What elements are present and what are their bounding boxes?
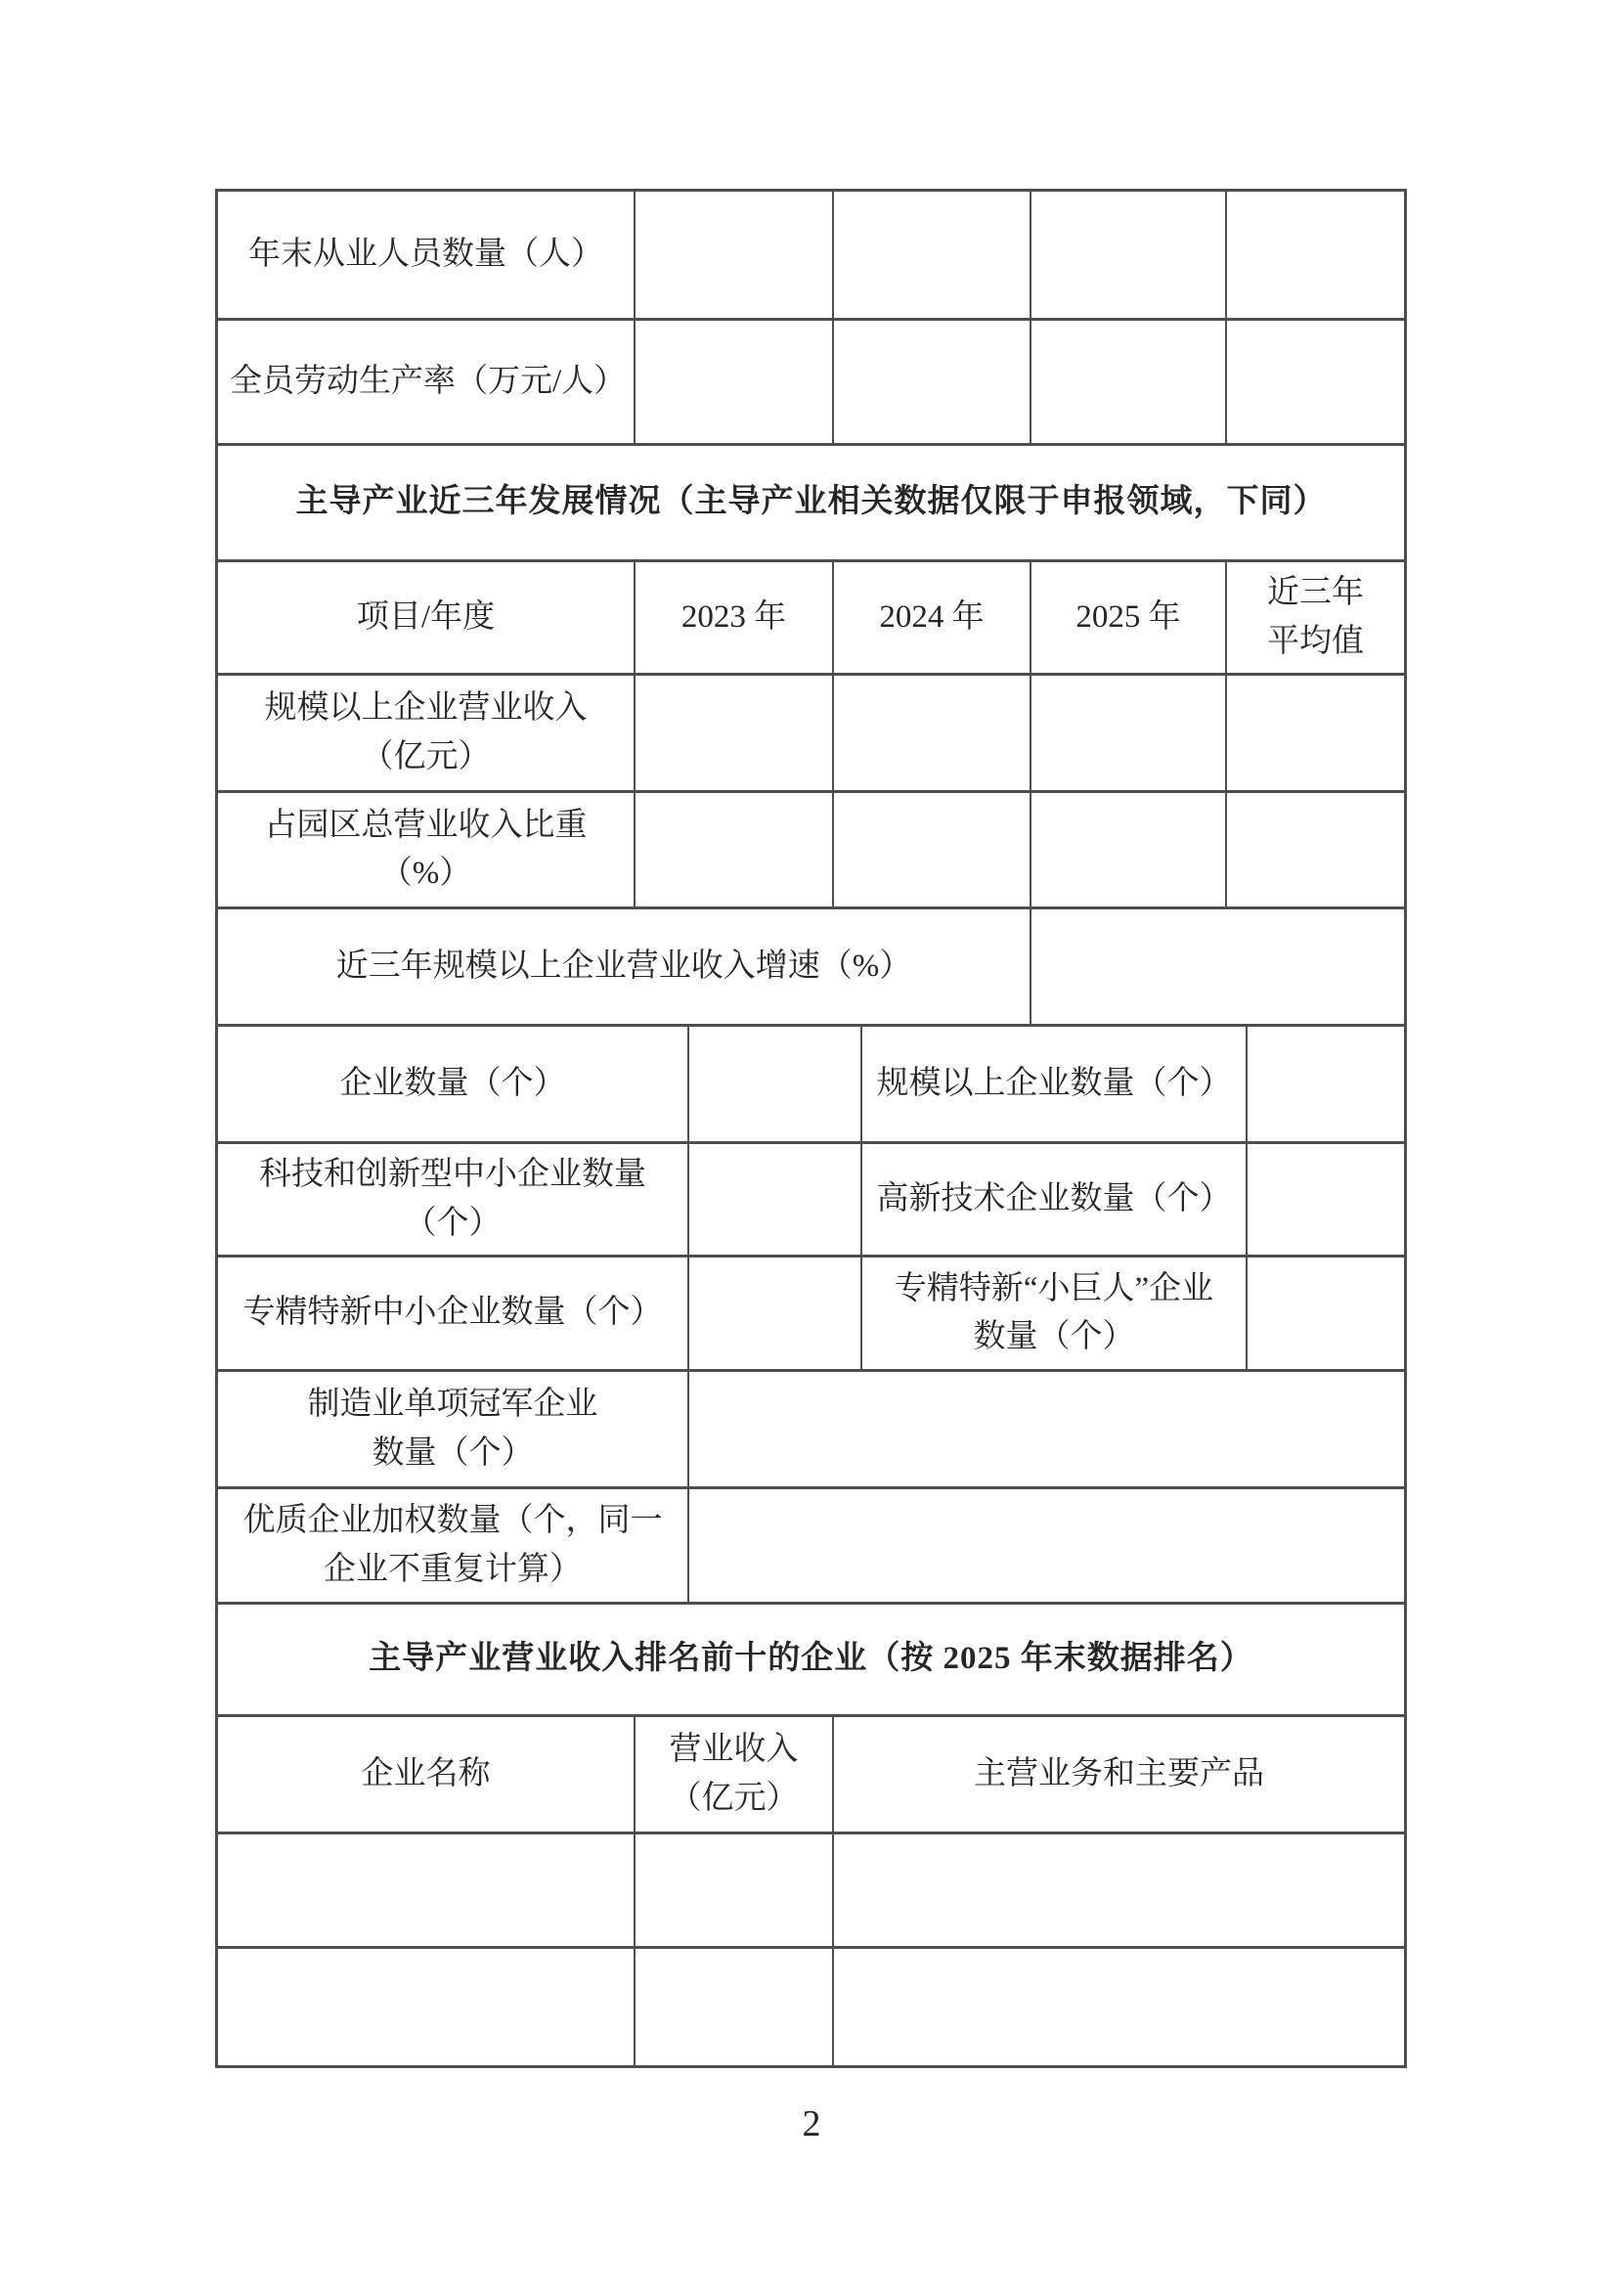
cell-hightech-count-value[interactable] xyxy=(1246,1144,1404,1255)
table-row: 近三年规模以上企业营业收入增速（%） xyxy=(218,906,1404,1024)
cell-above-scale-revenue-2025[interactable] xyxy=(1030,676,1225,790)
table-row: 项目/年度 2023 年 2024 年 2025 年 近三年 平均值 xyxy=(218,559,1404,673)
table-row: 企业名称 营业收入 （亿元） 主营业务和主要产品 xyxy=(218,1714,1404,1832)
label-above-scale-revenue: 规模以上企业营业收入 （亿元） xyxy=(218,676,634,790)
label-enterprise-count: 企业数量（个） xyxy=(218,1027,687,1141)
cell-top10-2-business[interactable] xyxy=(832,1949,1404,2065)
header-item-year: 项目/年度 xyxy=(218,562,634,673)
cell-top10-2-revenue[interactable] xyxy=(634,1949,832,2065)
header-main-business: 主营业务和主要产品 xyxy=(832,1717,1404,1832)
label-scitech-sme-count: 科技和创新型中小企业数量 （个） xyxy=(218,1144,687,1255)
header-enterprise-name: 企业名称 xyxy=(218,1717,634,1832)
cell-top10-2-name[interactable] xyxy=(218,1949,634,2065)
table-row: 占园区总营业收入比重 （%） xyxy=(218,790,1404,906)
cell-yearend-employment-2025[interactable] xyxy=(1030,192,1225,318)
cell-scitech-sme-count-value[interactable] xyxy=(687,1144,860,1255)
label-little-giant-count: 专精特新“小巨人”企业 数量（个） xyxy=(860,1258,1246,1369)
header-year-2024: 2024 年 xyxy=(832,562,1030,673)
cell-park-revenue-share-avg[interactable] xyxy=(1225,793,1404,906)
table-row xyxy=(218,1832,1404,1946)
table-row: 主导产业营业收入排名前十的企业（按 2025 年末数据排名） xyxy=(218,1602,1404,1714)
cell-labor-productivity-2023[interactable] xyxy=(634,321,832,443)
label-labor-productivity: 全员劳动生产率（万元/人） xyxy=(218,321,634,443)
cell-labor-productivity-avg[interactable] xyxy=(1225,321,1404,443)
cell-park-revenue-share-2025[interactable] xyxy=(1030,793,1225,906)
section-title-industry-development: 主导产业近三年发展情况（主导产业相关数据仅限于申报领域，下同） xyxy=(218,446,1404,559)
cell-yearend-employment-avg[interactable] xyxy=(1225,192,1404,318)
cell-above-scale-revenue-2024[interactable] xyxy=(832,676,1030,790)
label-above-scale-count: 规模以上企业数量（个） xyxy=(860,1027,1246,1141)
cell-revenue-growth-value[interactable] xyxy=(1030,909,1404,1024)
cell-top10-1-business[interactable] xyxy=(832,1834,1404,1946)
cell-yearend-employment-2024[interactable] xyxy=(832,192,1030,318)
cell-park-revenue-share-2024[interactable] xyxy=(832,793,1030,906)
cell-manufacturing-champion-value[interactable] xyxy=(687,1372,1404,1486)
document-page: 年末从业人员数量（人） 全员劳动生产率（万元/人） 主导产业近三年发展情况（主导… xyxy=(0,0,1623,2296)
label-hightech-count: 高新技术企业数量（个） xyxy=(860,1144,1246,1255)
application-form-table: 年末从业人员数量（人） 全员劳动生产率（万元/人） 主导产业近三年发展情况（主导… xyxy=(215,189,1407,2068)
table-row: 规模以上企业营业收入 （亿元） xyxy=(218,673,1404,790)
table-row: 年末从业人员数量（人） xyxy=(218,192,1404,318)
cell-top10-1-revenue[interactable] xyxy=(634,1834,832,1946)
label-yearend-employment: 年末从业人员数量（人） xyxy=(218,192,634,318)
cell-enterprise-count-value[interactable] xyxy=(687,1027,860,1141)
cell-above-scale-revenue-2023[interactable] xyxy=(634,676,832,790)
header-year-2025: 2025 年 xyxy=(1030,562,1225,673)
label-park-revenue-share: 占园区总营业收入比重 （%） xyxy=(218,793,634,906)
header-3yr-average: 近三年 平均值 xyxy=(1225,562,1404,673)
table-row: 主导产业近三年发展情况（主导产业相关数据仅限于申报领域，下同） xyxy=(218,443,1404,559)
table-row: 专精特新中小企业数量（个） 专精特新“小巨人”企业 数量（个） xyxy=(218,1255,1404,1369)
cell-above-scale-count-value[interactable] xyxy=(1246,1027,1404,1141)
header-year-2023: 2023 年 xyxy=(634,562,832,673)
cell-above-scale-revenue-avg[interactable] xyxy=(1225,676,1404,790)
cell-yearend-employment-2023[interactable] xyxy=(634,192,832,318)
section-title-top10: 主导产业营业收入排名前十的企业（按 2025 年末数据排名） xyxy=(218,1605,1404,1714)
table-row xyxy=(218,1946,1404,2065)
label-srdi-sme-count: 专精特新中小企业数量（个） xyxy=(218,1258,687,1369)
header-revenue: 营业收入 （亿元） xyxy=(634,1717,832,1832)
table-row: 科技和创新型中小企业数量 （个） 高新技术企业数量（个） xyxy=(218,1141,1404,1255)
table-row: 企业数量（个） 规模以上企业数量（个） xyxy=(218,1024,1404,1141)
cell-quality-weighted-value[interactable] xyxy=(687,1489,1404,1602)
table-row: 全员劳动生产率（万元/人） xyxy=(218,318,1404,443)
cell-labor-productivity-2024[interactable] xyxy=(832,321,1030,443)
cell-top10-1-name[interactable] xyxy=(218,1834,634,1946)
cell-park-revenue-share-2023[interactable] xyxy=(634,793,832,906)
label-manufacturing-champion-count: 制造业单项冠军企业 数量（个） xyxy=(218,1372,687,1486)
table-row: 制造业单项冠军企业 数量（个） xyxy=(218,1369,1404,1486)
cell-little-giant-count-value[interactable] xyxy=(1246,1258,1404,1369)
label-quality-weighted-count: 优质企业加权数量（个，同一 企业不重复计算） xyxy=(218,1489,687,1602)
cell-labor-productivity-2025[interactable] xyxy=(1030,321,1225,443)
cell-srdi-sme-count-value[interactable] xyxy=(687,1258,860,1369)
table-row: 优质企业加权数量（个，同一 企业不重复计算） xyxy=(218,1486,1404,1602)
page-number: 2 xyxy=(0,2102,1623,2145)
label-revenue-growth: 近三年规模以上企业营业收入增速（%） xyxy=(218,909,1030,1024)
